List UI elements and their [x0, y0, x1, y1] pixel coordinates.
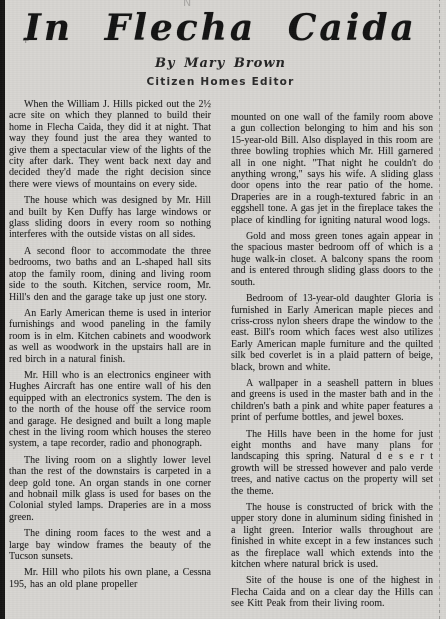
scan-plus-mark: + [22, 36, 30, 46]
article-paragraph: The living room on a slightly lower leve… [9, 455, 211, 523]
article-paragraph: An Early American theme is used in inter… [9, 308, 211, 365]
article-paragraph: The house which was designed by Mr. Hill… [9, 195, 211, 241]
article-paragraph: Mr. Hill who pilots his own plane, a Ces… [9, 567, 211, 590]
article-byline-role: Citizen Homes Editor [5, 76, 436, 88]
article-byline: By Mary Brown [5, 56, 436, 71]
right-column: mounted on one wall of the family room a… [231, 99, 433, 615]
article-paragraph: The house is constructed of brick with t… [231, 502, 433, 570]
article-paragraph: Gold and moss green tones again appear i… [231, 231, 433, 288]
article-paragraph: The dining room faces to the west and a … [9, 528, 211, 562]
article-paragraph: A second floor to accommodate the three … [9, 246, 211, 303]
article-paragraph: The Hills have been in the home for just… [231, 429, 433, 497]
left-column: When the William J. Hills picked out the… [9, 99, 211, 615]
newspaper-clipping: N In Flecha Caida By Mary Brown Citizen … [0, 0, 446, 619]
scan-edge-bar [0, 0, 5, 619]
article-body: When the William J. Hills picked out the… [9, 99, 433, 615]
article-paragraph: A wallpaper in a seashell pattern in blu… [231, 378, 433, 424]
article-paragraph: Mr. Hill who is an electronics engineer … [9, 370, 211, 450]
article-paragraph: Site of the house is one of the highest … [231, 575, 433, 609]
masthead: In Flecha Caida By Mary Brown Citizen Ho… [5, 6, 436, 88]
article-headline: In Flecha Caida [5, 6, 436, 50]
scan-edge-dotted-line [439, 0, 440, 619]
article-paragraph: Bedroom of 13-year-old daughter Gloria i… [231, 293, 433, 373]
article-paragraph: When the William J. Hills picked out the… [9, 99, 211, 190]
article-paragraph: mounted on one wall of the family room a… [231, 112, 433, 226]
